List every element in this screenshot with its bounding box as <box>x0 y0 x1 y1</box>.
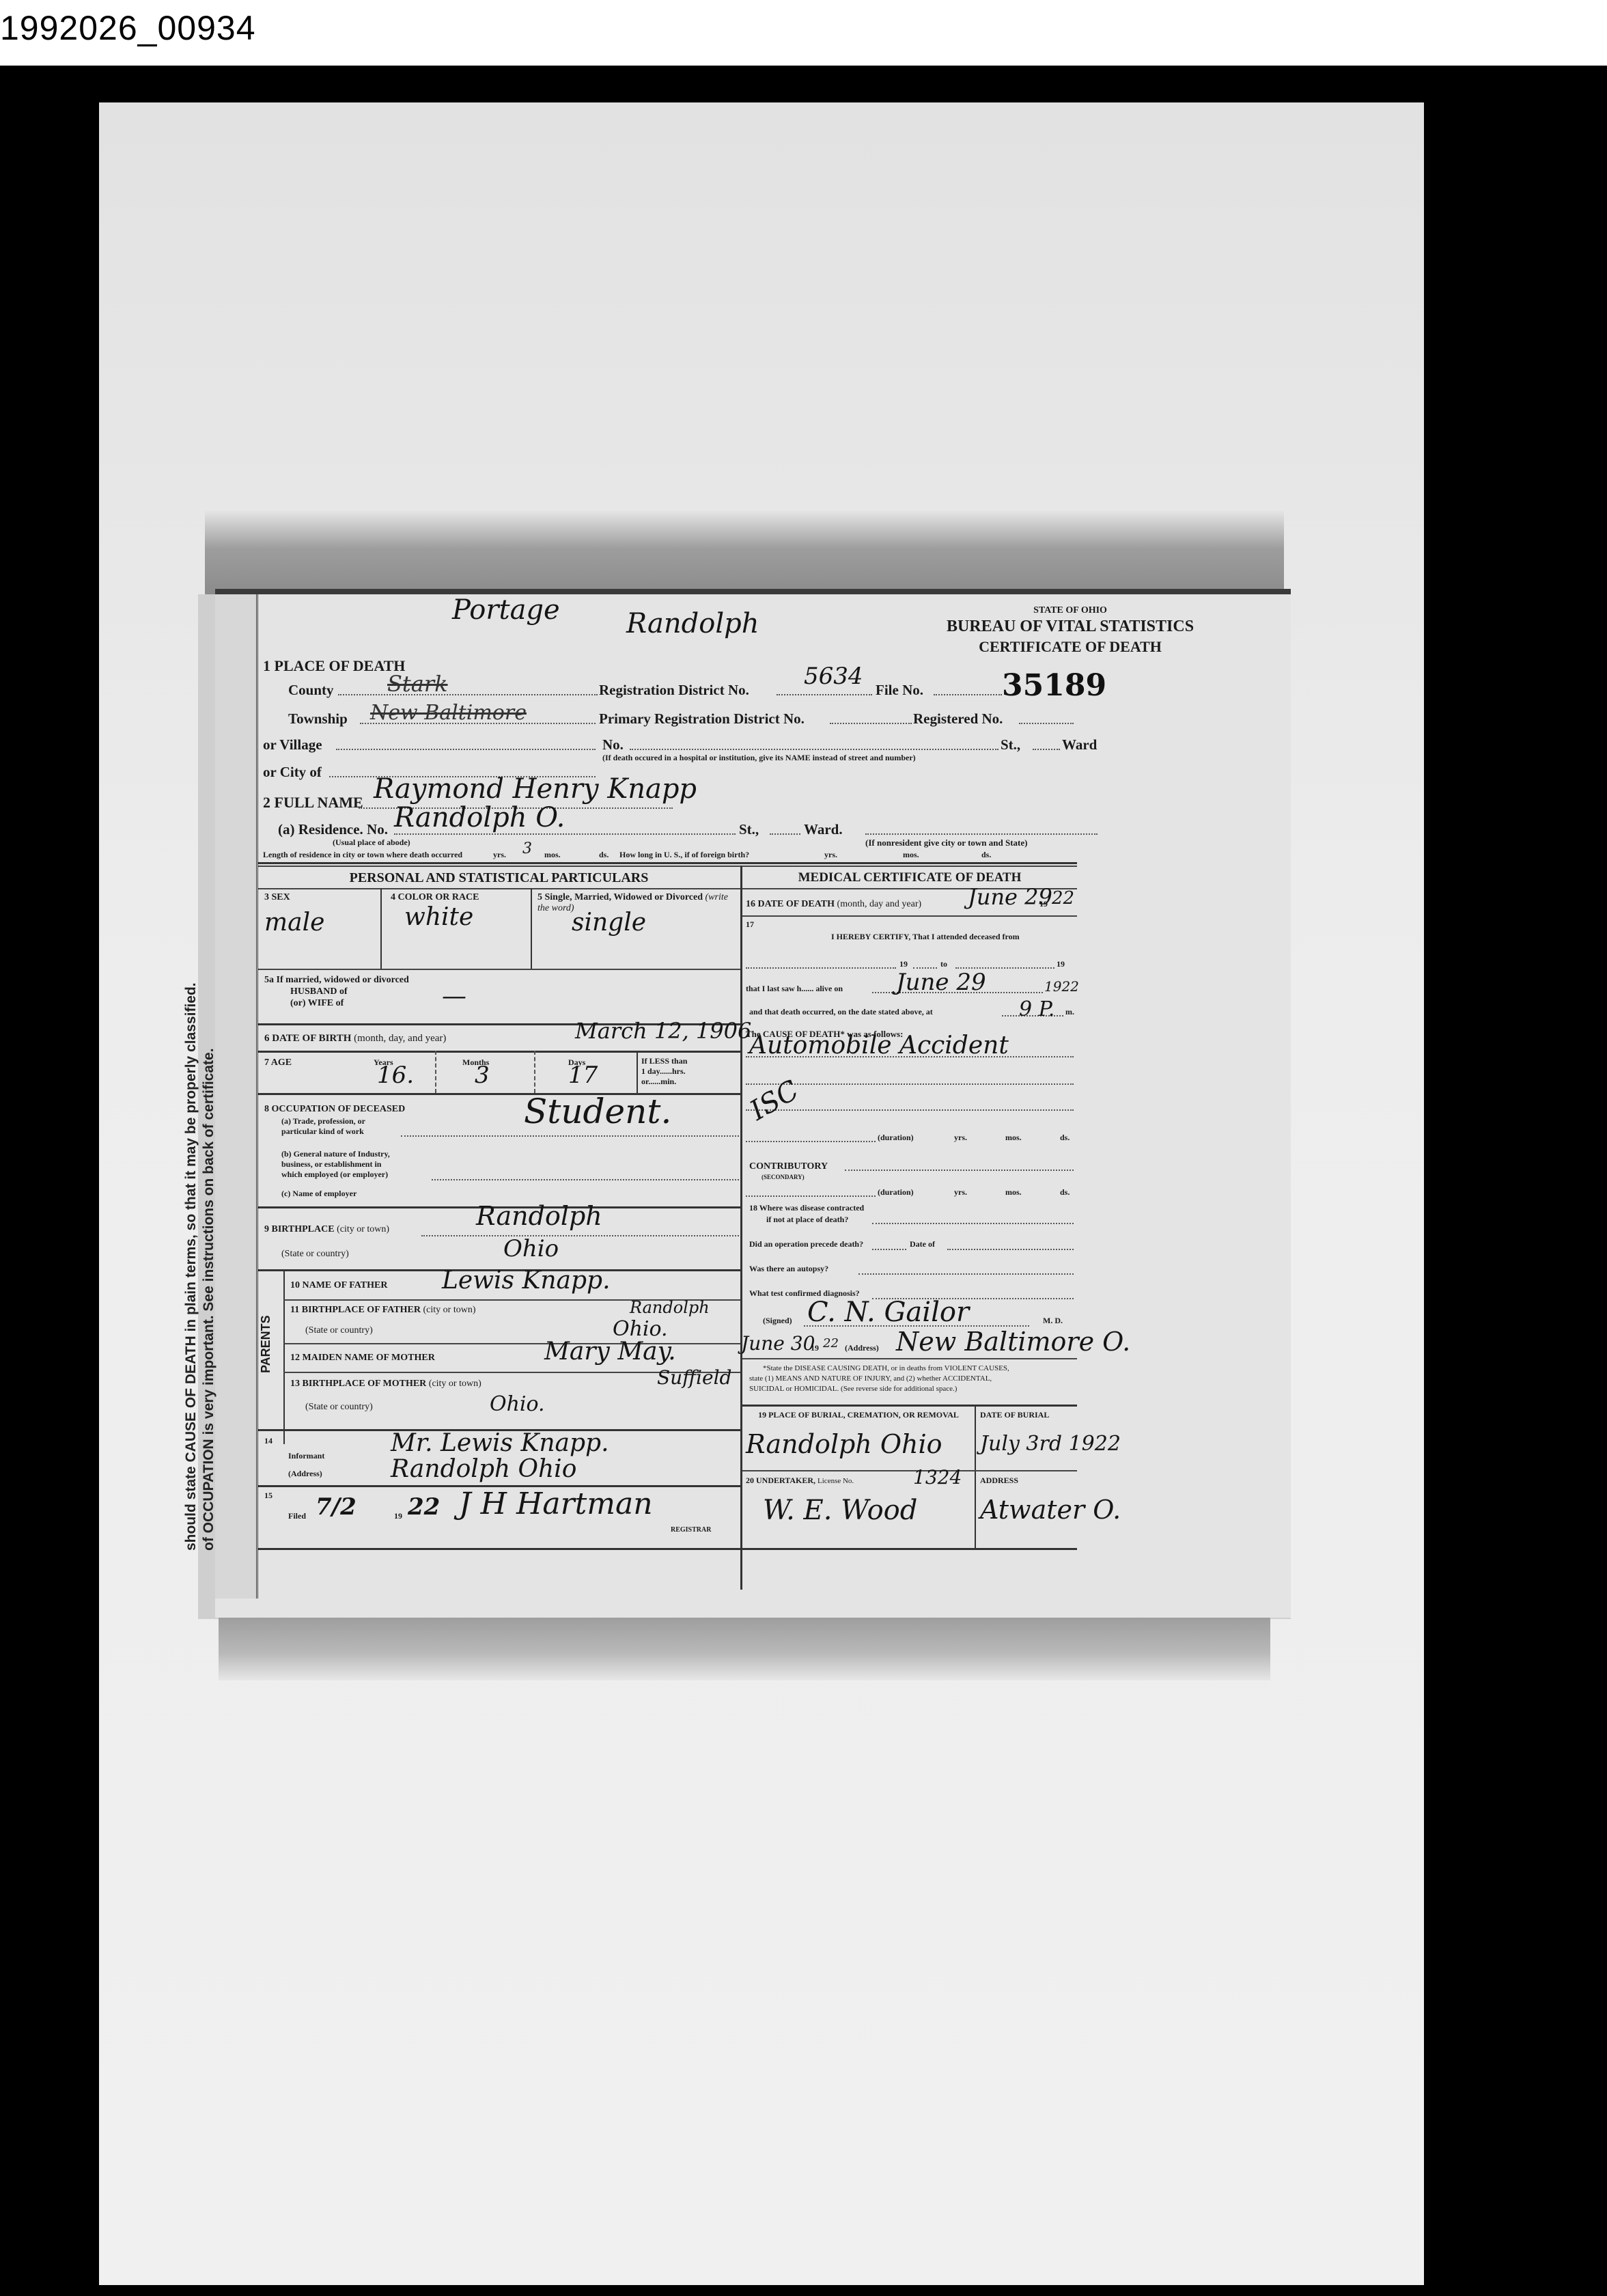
occ-c-label: (c) Name of employer <box>281 1189 357 1199</box>
birthplace-city-field[interactable] <box>421 1235 739 1236</box>
residence-label: (a) Residence. No. <box>278 821 388 838</box>
duration-ds-1: ds. <box>1060 1133 1070 1143</box>
informant-num: 14 <box>264 1436 273 1446</box>
license-value[interactable]: 1324 <box>913 1466 962 1489</box>
birthplace-state: Ohio <box>503 1235 559 1262</box>
filed-label: Filed <box>288 1511 306 1521</box>
township-struck: New Baltimore <box>370 701 527 725</box>
operation-field[interactable] <box>872 1249 906 1250</box>
burial-date-label: DATE OF BURIAL <box>980 1410 1049 1420</box>
informant-label: Informant <box>288 1451 324 1461</box>
mother-name-label: 12 MAIDEN NAME OF MOTHER <box>290 1353 435 1364</box>
cell-divider <box>975 1405 976 1548</box>
undertaker-address-value[interactable]: Atwater O. <box>980 1495 1121 1525</box>
sex-value[interactable]: male <box>264 909 324 937</box>
burial-date-value[interactable]: July 3rd 1922 <box>980 1432 1121 1456</box>
filed-year-prefix: 19 <box>394 1511 402 1521</box>
header-state: STATE OF OHIO <box>947 605 1193 616</box>
length-ds: ds. <box>599 850 609 860</box>
divider <box>257 969 740 970</box>
filed-date[interactable]: 7/2 <box>316 1493 357 1521</box>
length-of-residence-label: Length of residence in city or town wher… <box>263 850 462 860</box>
to-label: to <box>940 959 947 969</box>
street-no-label: No. <box>602 736 624 753</box>
street-no-field[interactable] <box>630 749 998 750</box>
contracted-label: 18 Where was disease contracted if not a… <box>749 1202 864 1226</box>
footnote-3: SUICIDAL or HOMICIDAL. (See reverse side… <box>749 1384 1009 1394</box>
sex-label: 3 SEX <box>264 892 290 903</box>
divider <box>742 1470 1077 1471</box>
death-time-suffix: m. <box>1065 1007 1074 1017</box>
nonresident-note: (If nonresident give city or town and St… <box>865 838 1028 848</box>
place-of-death-label: 1 PLACE OF DEATH <box>263 657 405 675</box>
dob-note: (month, day, and year) <box>354 1033 446 1044</box>
filed-num: 15 <box>264 1491 273 1501</box>
residence-st-label: St., <box>739 821 759 838</box>
cause-footnote: *State the DISEASE CAUSING DEATH, or in … <box>749 1364 1009 1394</box>
mother-bp-label-text: 13 BIRTHPLACE OF MOTHER <box>290 1379 426 1389</box>
duration-yrs-1: yrs. <box>954 1133 967 1143</box>
sign-year-prefix: 19 <box>811 1343 819 1353</box>
age-days-value[interactable]: 17 <box>568 1062 598 1089</box>
from-19: 19 <box>899 959 908 969</box>
certificate-form: STATE OF OHIO BUREAU OF VITAL STATISTICS… <box>257 594 1282 1599</box>
birthplace-city: Randolph <box>476 1201 602 1231</box>
contracted-label-2: if not at place of death? <box>749 1214 864 1226</box>
township-value: Randolph <box>626 608 759 639</box>
signed-label: (Signed) <box>763 1316 792 1326</box>
cell-divider <box>531 888 532 969</box>
cause-line-2[interactable] <box>746 1083 1074 1085</box>
to-19: 19 <box>1057 959 1065 969</box>
occ-b-field[interactable] <box>432 1179 739 1180</box>
duration-label-1: (duration) <box>878 1133 914 1143</box>
stamp-initials: ISC <box>744 1075 804 1127</box>
file-no-label: File No. <box>876 682 923 699</box>
death-time-label: and that death occurred, on the date sta… <box>749 1007 933 1017</box>
mother-bp-state-label: (State or country) <box>305 1402 373 1413</box>
ward-field[interactable] <box>1033 749 1060 750</box>
age-less-3: or......min. <box>641 1077 687 1087</box>
registrar-label: REGISTRAR <box>671 1526 711 1534</box>
divider <box>257 866 1077 867</box>
county-label: County <box>288 682 334 699</box>
occ-b-label-3: which employed (or employer) <box>281 1170 390 1180</box>
contributory-field[interactable] <box>845 1170 1074 1171</box>
medical-section-title: MEDICAL CERTIFICATE OF DEATH <box>742 870 1077 885</box>
mother-bp-state[interactable]: Ohio. <box>490 1392 545 1416</box>
reg-district-value: 5634 <box>804 663 863 690</box>
physician-address-label: (Address) <box>845 1343 879 1353</box>
spouse-label-2: HUSBAND of <box>264 986 409 997</box>
cause-line-3[interactable] <box>746 1109 1074 1111</box>
county-struck: Stark <box>387 671 448 697</box>
occ-b-label: (b) General nature of Industry, business… <box>281 1149 390 1180</box>
file-label: 1992026_00934 <box>0 8 256 48</box>
column-divider <box>740 866 742 1590</box>
attended-from-field[interactable] <box>746 967 896 969</box>
foreign-ds: ds. <box>981 850 991 860</box>
margin-line-1: should state CAUSE OF DEATH in plain ter… <box>182 608 200 1551</box>
margin-instructions: should state CAUSE OF DEATH in plain ter… <box>182 608 218 1551</box>
occ-a-field[interactable] <box>401 1135 739 1137</box>
divider <box>742 915 1077 917</box>
birthplace-note: (city or town) <box>337 1224 389 1234</box>
item-17-num: 17 <box>746 919 754 930</box>
father-name-value[interactable]: Lewis Knapp. <box>442 1267 611 1295</box>
occ-b-label-1: (b) General nature of Industry, <box>281 1149 390 1159</box>
personal-section-title: PERSONAL AND STATISTICAL PARTICULARS <box>257 870 740 886</box>
occ-a-label-1: (a) Trade, profession, or <box>281 1116 365 1126</box>
last-saw-value: June 29 <box>896 969 986 996</box>
divider <box>257 862 1077 864</box>
length-yrs: yrs. <box>493 850 506 860</box>
age-less-2: 1 day......hrs. <box>641 1066 687 1077</box>
age-years-value[interactable]: 16. <box>377 1062 414 1089</box>
mother-name-value[interactable]: Mary May. <box>544 1338 676 1366</box>
footnote-1: *State the DISEASE CAUSING DEATH, or in … <box>749 1364 1009 1374</box>
dob-label: 6 DATE OF BIRTH (month, day, and year) <box>264 1033 446 1045</box>
foreign-birth-label: How long in U. S., if of foreign birth? <box>619 850 749 860</box>
duration-yrs-2: yrs. <box>954 1187 967 1198</box>
occ-a-label: (a) Trade, profession, or particular kin… <box>281 1116 365 1137</box>
divider <box>257 1051 740 1053</box>
physician-signature: C. N. Gailor <box>807 1297 969 1328</box>
birthplace-label: 9 BIRTHPLACE (city or town) <box>264 1224 389 1235</box>
age-label: 7 AGE <box>264 1057 292 1068</box>
father-name-label: 10 NAME OF FATHER <box>290 1280 387 1291</box>
mother-bp-city[interactable]: Suffield <box>657 1366 731 1389</box>
secondary-label: (SECONDARY) <box>761 1174 805 1180</box>
hospital-note: (If death occured in a hospital or insti… <box>602 753 916 763</box>
race-label: 4 COLOR OR RACE <box>391 892 479 903</box>
reg-district-label: Registration District No. <box>599 682 749 699</box>
spouse-value[interactable]: — <box>442 982 466 1010</box>
father-bp-note: (city or town) <box>423 1305 476 1315</box>
file-no-field[interactable] <box>934 694 1002 695</box>
registered-no-label: Registered No. <box>913 710 1003 728</box>
full-name-value: Raymond Henry Knapp <box>374 773 697 805</box>
divider <box>257 1548 1077 1550</box>
contracted-label-1: 18 Where was disease contracted <box>749 1202 864 1214</box>
dod-note: (month, day and year) <box>837 899 922 909</box>
autopsy-label: Was there an autopsy? <box>749 1264 828 1274</box>
residence-value: Randolph O. <box>394 802 565 833</box>
undertaker-address-label: ADDRESS <box>980 1476 1018 1486</box>
parents-side-label: PARENTS <box>259 1315 273 1373</box>
mother-bp-note: (city or town) <box>429 1379 481 1389</box>
filed-year[interactable]: 22 <box>408 1493 440 1521</box>
sign-year[interactable]: 22 <box>823 1336 839 1351</box>
last-saw-label: that I last saw h...... alive on <box>746 984 843 994</box>
father-bp-label-text: 11 BIRTHPLACE OF FATHER <box>290 1305 421 1315</box>
birthplace-label-text: 9 BIRTHPLACE <box>264 1224 335 1234</box>
residence-ward-label: Ward. <box>804 821 843 838</box>
marital-value[interactable]: single <box>572 909 646 937</box>
race-value[interactable]: white <box>404 903 473 931</box>
card-shadow-bottom <box>219 1612 1270 1680</box>
township-label: Township <box>288 710 348 728</box>
county-value: Portage <box>452 594 560 626</box>
cell-divider <box>380 888 382 969</box>
card-shadow-top <box>205 509 1284 598</box>
duration-mos-1: mos. <box>1005 1133 1022 1143</box>
duration-label-2: (duration) <box>878 1187 914 1198</box>
parents-divider <box>283 1269 285 1444</box>
operation-label: Did an operation precede death? <box>749 1239 863 1249</box>
dod-label-text: 16 DATE OF DEATH <box>746 899 835 909</box>
registered-no-field[interactable] <box>1019 723 1074 724</box>
mother-bp-label: 13 BIRTHPLACE OF MOTHER (city or town) <box>290 1379 481 1389</box>
death-time-value: 9 P. <box>1019 997 1054 1021</box>
physician-address[interactable]: New Baltimore O. <box>896 1327 1130 1357</box>
autopsy-field[interactable] <box>858 1273 1074 1275</box>
father-bp-city[interactable]: Randolph <box>630 1298 710 1317</box>
county-field[interactable] <box>338 694 598 695</box>
ward-label: Ward <box>1062 736 1097 753</box>
burial-place-value[interactable]: Randolph Ohio <box>746 1429 942 1459</box>
contracted-field[interactable] <box>872 1223 1074 1224</box>
cause-value: Automobile Accident <box>749 1032 1009 1060</box>
city-label: or City of <box>263 764 322 781</box>
operation-date-label: Date of <box>910 1239 935 1249</box>
nonresident-field[interactable] <box>865 833 1098 835</box>
informant-value[interactable]: Mr. Lewis Knapp. <box>391 1429 609 1457</box>
dod-year[interactable]: 22 <box>1052 888 1074 909</box>
md-label: M. D. <box>1043 1316 1063 1326</box>
marital-label-text: 5 Single, Married, Widowed or Divorced <box>537 892 703 902</box>
divider <box>257 888 740 889</box>
duration-ds-2: ds. <box>1060 1187 1070 1198</box>
undertaker-label: 20 UNDERTAKER, License No. <box>746 1476 854 1486</box>
operation-date-field[interactable] <box>947 1249 1074 1250</box>
divider <box>742 1358 1077 1359</box>
age-less-1: If LESS than <box>641 1056 687 1066</box>
spouse-label-3: (or) WIFE of <box>264 997 409 1009</box>
file-no-value: 35189 <box>1002 668 1106 703</box>
dob-value[interactable]: March 12, 1906 <box>575 1018 751 1044</box>
duration-field-2[interactable] <box>746 1195 876 1197</box>
primary-reg-label: Primary Registration District No. <box>599 710 805 728</box>
spouse-label-1: 5a If married, widowed or divorced <box>264 974 409 986</box>
certify-text: I HEREBY CERTIFY, That I attended deceas… <box>831 932 1020 942</box>
abode-note: (Usual place of abode) <box>333 838 410 848</box>
birthplace-state-label: (State or country) <box>281 1249 349 1260</box>
length-mos: mos. <box>544 850 561 860</box>
death-certificate: should state CAUSE OF DEATH in plain ter… <box>215 589 1291 1618</box>
street-st-label: St., <box>1001 736 1020 753</box>
duration-mos-2: mos. <box>1005 1187 1022 1198</box>
age-months-value[interactable]: 3 <box>475 1062 490 1089</box>
margin-instructions-strip: should state CAUSE OF DEATH in plain ter… <box>215 594 258 1599</box>
occ-a-label-2: particular kind of work <box>281 1126 365 1137</box>
occ-b-label-2: business, or establishment in <box>281 1159 390 1170</box>
primary-reg-field[interactable] <box>830 723 912 724</box>
divider <box>742 1405 1077 1407</box>
village-field[interactable] <box>336 749 596 750</box>
father-bp-label: 11 BIRTHPLACE OF FATHER (city or town) <box>290 1305 475 1316</box>
spouse-label: 5a If married, widowed or divorced HUSBA… <box>264 974 409 1009</box>
cell-divider <box>637 1051 638 1093</box>
age-less-label: If LESS than 1 day......hrs. or......min… <box>641 1056 687 1087</box>
undertaker-value[interactable]: W. E. Wood <box>763 1495 917 1526</box>
father-bp-state-label: (State or country) <box>305 1325 373 1336</box>
length-mos-value: 3 <box>522 840 532 857</box>
last-saw-year: 1922 <box>1044 978 1079 995</box>
dob-label-text: 6 DATE OF BIRTH <box>264 1033 351 1044</box>
burial-place-label: 19 PLACE OF BURIAL, CREMATION, OR REMOVA… <box>746 1410 971 1420</box>
full-name-label: 2 FULL NAME <box>263 794 363 812</box>
cell-divider <box>534 1051 535 1093</box>
footnote-2: state (1) MEANS AND NATURE OF INJURY, an… <box>749 1374 1009 1384</box>
header-bureau: BUREAU OF VITAL STATISTICS <box>886 618 1255 636</box>
dod-label: 16 DATE OF DEATH (month, day and year) <box>746 899 921 910</box>
undertaker-label-text: 20 UNDERTAKER, <box>746 1476 815 1485</box>
margin-line-2: of OCCUPATION is very important. See ins… <box>200 608 218 1551</box>
foreign-mos: mos. <box>903 850 919 860</box>
occ-a-value: Student. <box>524 1092 671 1131</box>
reg-district-field[interactable] <box>777 694 872 695</box>
header-title: CERTIFICATE OF DEATH <box>913 638 1227 656</box>
sign-date[interactable]: June 30 <box>741 1332 815 1355</box>
duration-field-1[interactable] <box>746 1141 876 1142</box>
foreign-yrs: yrs. <box>824 850 837 860</box>
license-label: License No. <box>818 1477 854 1485</box>
residence-ward-field[interactable] <box>770 833 800 835</box>
village-label: or Village <box>263 736 322 753</box>
cell-divider <box>435 1051 436 1093</box>
informant-address-value[interactable]: Randolph Ohio <box>391 1455 576 1483</box>
dod-year-prefix: 19 <box>1039 899 1048 909</box>
informant-address-label: (Address) <box>288 1469 322 1479</box>
contributory-label: CONTRIBUTORY <box>749 1161 828 1172</box>
registrar-signature: J H Hartman <box>459 1486 653 1521</box>
occupation-label: 8 OCCUPATION OF DECEASED <box>264 1104 405 1115</box>
residence-field[interactable] <box>394 833 736 835</box>
